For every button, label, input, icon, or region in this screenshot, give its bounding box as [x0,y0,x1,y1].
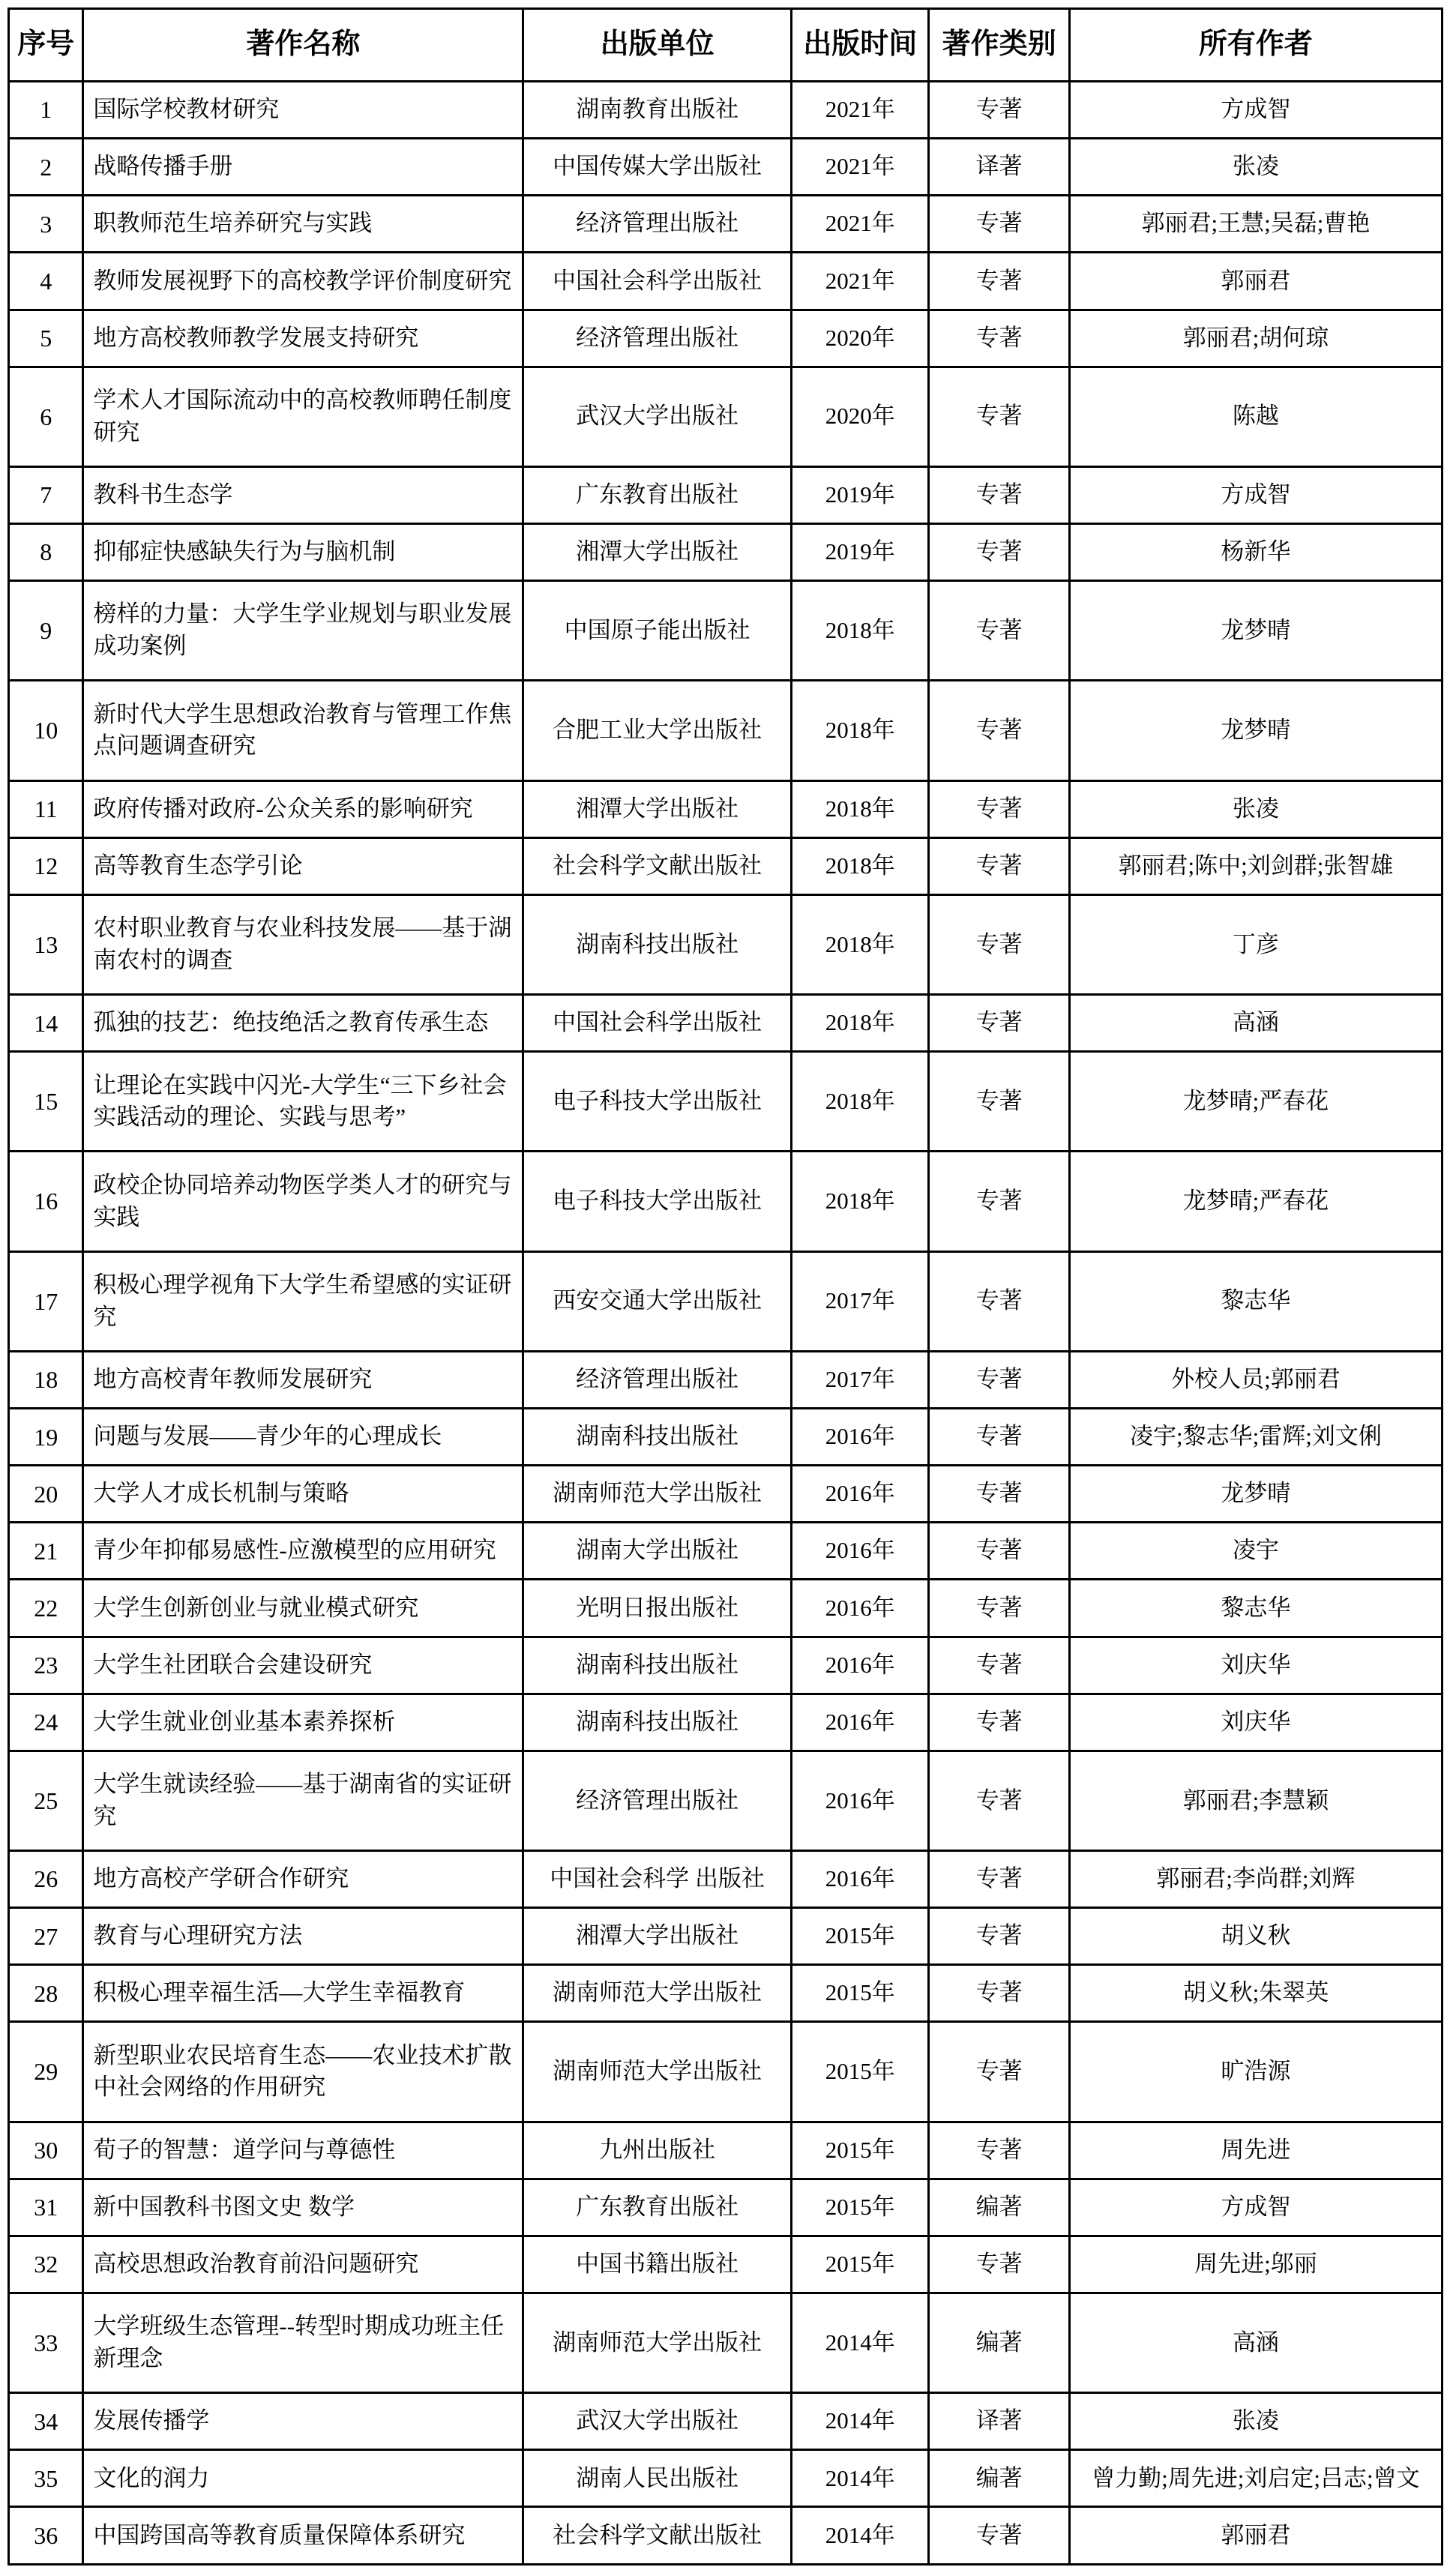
cell-publisher: 广东教育出版社 [523,2179,792,2236]
cell-publisher: 湖南大学出版社 [523,1523,792,1580]
table-row: 9 榜样的力量：大学生学业规划与职业发展成功案例 中国原子能出版社 2018年 … [9,581,1443,681]
cell-title: 中国跨国高等教育质量保障体系研究 [83,2507,523,2565]
cell-authors: 黎志华 [1069,1251,1442,1351]
cell-category: 专著 [929,1965,1069,2022]
cell-title: 抑郁症快感缺失行为与脑机制 [83,523,523,580]
cell-publisher: 经济管理出版社 [523,1751,792,1850]
cell-category: 专著 [929,1908,1069,1965]
cell-title: 政校企协同培养动物医学类人才的研究与实践 [83,1152,523,1251]
cell-category: 译著 [929,139,1069,196]
cell-authors: 外校人员;郭丽君 [1069,1351,1442,1408]
table-row: 13 农村职业教育与农业科技发展——基于湖南农村的调查 湖南科技出版社 2018… [9,894,1443,994]
cell-title: 新中国教科书图文史 数学 [83,2179,523,2236]
cell-title: 大学生社团联合会建设研究 [83,1637,523,1694]
cell-category: 专著 [929,1523,1069,1580]
cell-no: 19 [9,1409,83,1466]
cell-title: 战略传播手册 [83,139,523,196]
cell-publisher: 电子科技大学出版社 [523,1152,792,1251]
cell-authors: 郭丽君;王慧;吴磊;曹艳 [1069,196,1442,253]
table-row: 17 积极心理学视角下大学生希望感的实证研究 西安交通大学出版社 2017年 专… [9,1251,1443,1351]
cell-category: 专著 [929,1409,1069,1466]
cell-no: 14 [9,995,83,1052]
cell-authors: 丁彦 [1069,894,1442,994]
table-row: 35 文化的润力 湖南人民出版社 2014年 编著 曾力勤;周先进;刘启定;吕志… [9,2450,1443,2507]
table-row: 32 高校思想政治教育前沿问题研究 中国书籍出版社 2015年 专著 周先进;邬… [9,2236,1443,2293]
cell-authors: 高涵 [1069,2293,1442,2392]
cell-authors: 郭丽君;陈中;刘剑群;张智雄 [1069,837,1442,894]
cell-no: 10 [9,681,83,780]
table-row: 2 战略传播手册 中国传媒大学出版社 2021年 译著 张凌 [9,139,1443,196]
cell-authors: 龙梦晴 [1069,1466,1442,1523]
cell-category: 编著 [929,2450,1069,2507]
cell-category: 专著 [929,196,1069,253]
col-header-no: 序号 [9,9,83,82]
cell-year: 2015年 [791,2022,929,2122]
cell-year: 2016年 [791,1851,929,1908]
cell-year: 2020年 [791,367,929,466]
cell-authors: 高涵 [1069,995,1442,1052]
cell-title: 文化的润力 [83,2450,523,2507]
cell-no: 25 [9,1751,83,1850]
table-row: 10 新时代大学生思想政治教育与管理工作焦点问题调查研究 合肥工业大学出版社 2… [9,681,1443,780]
table-row: 27 教育与心理研究方法 湘潭大学出版社 2015年 专著 胡义秋 [9,1908,1443,1965]
table-row: 25 大学生就读经验——基于湖南省的实证研究 经济管理出版社 2016年 专著 … [9,1751,1443,1850]
table-row: 12 高等教育生态学引论 社会科学文献出版社 2018年 专著 郭丽君;陈中;刘… [9,837,1443,894]
cell-authors: 黎志华 [1069,1580,1442,1637]
cell-no: 6 [9,367,83,466]
cell-title: 大学生就读经验——基于湖南省的实证研究 [83,1751,523,1850]
cell-title: 教师发展视野下的高校教学评价制度研究 [83,253,523,310]
cell-year: 2014年 [791,2450,929,2507]
cell-publisher: 西安交通大学出版社 [523,1251,792,1351]
table-row: 14 孤独的技艺：绝技绝活之教育传承生态 中国社会科学出版社 2018年 专著 … [9,995,1443,1052]
cell-title: 学术人才国际流动中的高校教师聘任制度研究 [83,367,523,466]
cell-authors: 方成智 [1069,2179,1442,2236]
cell-publisher: 湖南科技出版社 [523,1637,792,1694]
cell-year: 2018年 [791,1152,929,1251]
cell-no: 27 [9,1908,83,1965]
cell-category: 专著 [929,82,1069,139]
cell-authors: 杨新华 [1069,523,1442,580]
cell-publisher: 经济管理出版社 [523,1351,792,1408]
cell-authors: 龙梦晴;严春花 [1069,1052,1442,1152]
cell-authors: 凌宇 [1069,1523,1442,1580]
cell-title: 大学生就业创业基本素养探析 [83,1694,523,1751]
cell-publisher: 经济管理出版社 [523,310,792,367]
table-row: 33 大学班级生态管理--转型时期成功班主任新理念 湖南师范大学出版社 2014… [9,2293,1443,2392]
cell-authors: 曾力勤;周先进;刘启定;吕志;曾文 [1069,2450,1442,2507]
cell-authors: 方成智 [1069,466,1442,523]
cell-year: 2018年 [791,581,929,681]
table-header: 序号 著作名称 出版单位 出版时间 著作类别 所有作者 [9,9,1443,82]
cell-no: 18 [9,1351,83,1408]
cell-year: 2018年 [791,837,929,894]
cell-no: 4 [9,253,83,310]
cell-title: 职教师范生培养研究与实践 [83,196,523,253]
table-row: 20 大学人才成长机制与策略 湖南师范大学出版社 2016年 专著 龙梦晴 [9,1466,1443,1523]
cell-no: 7 [9,466,83,523]
cell-authors: 郭丽君;李尚群;刘辉 [1069,1851,1442,1908]
table-row: 15 让理论在实践中闪光-大学生“三下乡社会实践活动的理论、实践与思考” 电子科… [9,1052,1443,1152]
cell-category: 专著 [929,1580,1069,1637]
cell-title: 大学班级生态管理--转型时期成功班主任新理念 [83,2293,523,2392]
cell-category: 专著 [929,310,1069,367]
cell-year: 2014年 [791,2507,929,2565]
cell-year: 2021年 [791,196,929,253]
cell-year: 2016年 [791,1694,929,1751]
cell-year: 2015年 [791,2179,929,2236]
cell-no: 24 [9,1694,83,1751]
table-row: 6 学术人才国际流动中的高校教师聘任制度研究 武汉大学出版社 2020年 专著 … [9,367,1443,466]
cell-authors: 郭丽君 [1069,2507,1442,2565]
cell-no: 34 [9,2393,83,2450]
table-row: 4 教师发展视野下的高校教学评价制度研究 中国社会科学出版社 2021年 专著 … [9,253,1443,310]
table-body: 1 国际学校教材研究 湖南教育出版社 2021年 专著 方成智 2 战略传播手册… [9,82,1443,2565]
cell-no: 33 [9,2293,83,2392]
cell-no: 17 [9,1251,83,1351]
cell-no: 3 [9,196,83,253]
cell-year: 2017年 [791,1251,929,1351]
cell-no: 22 [9,1580,83,1637]
cell-title: 新时代大学生思想政治教育与管理工作焦点问题调查研究 [83,681,523,780]
cell-authors: 胡义秋 [1069,1908,1442,1965]
cell-authors: 周先进 [1069,2122,1442,2179]
table-row: 23 大学生社团联合会建设研究 湖南科技出版社 2016年 专著 刘庆华 [9,1637,1443,1694]
cell-authors: 张凌 [1069,780,1442,837]
cell-category: 专著 [929,2507,1069,2565]
cell-category: 专著 [929,253,1069,310]
cell-authors: 郭丽君 [1069,253,1442,310]
cell-no: 29 [9,2022,83,2122]
cell-authors: 龙梦晴 [1069,681,1442,780]
col-header-category: 著作类别 [929,9,1069,82]
cell-title: 大学人才成长机制与策略 [83,1466,523,1523]
cell-publisher: 九州出版社 [523,2122,792,2179]
cell-authors: 陈越 [1069,367,1442,466]
cell-year: 2014年 [791,2393,929,2450]
table-row: 7 教科书生态学 广东教育出版社 2019年 专著 方成智 [9,466,1443,523]
cell-publisher: 湖南教育出版社 [523,82,792,139]
cell-year: 2020年 [791,310,929,367]
cell-publisher: 电子科技大学出版社 [523,1052,792,1152]
table-row: 5 地方高校教师教学发展支持研究 经济管理出版社 2020年 专著 郭丽君;胡何… [9,310,1443,367]
cell-title: 地方高校产学研合作研究 [83,1851,523,1908]
table-row: 22 大学生创新创业与就业模式研究 光明日报出版社 2016年 专著 黎志华 [9,1580,1443,1637]
cell-category: 专著 [929,995,1069,1052]
cell-publisher: 湘潭大学出版社 [523,1908,792,1965]
cell-authors: 龙梦晴;严春花 [1069,1152,1442,1251]
cell-title: 问题与发展——青少年的心理成长 [83,1409,523,1466]
table-row: 18 地方高校青年教师发展研究 经济管理出版社 2017年 专著 外校人员;郭丽… [9,1351,1443,1408]
cell-authors: 旷浩源 [1069,2022,1442,2122]
col-header-year: 出版时间 [791,9,929,82]
cell-no: 15 [9,1052,83,1152]
cell-year: 2019年 [791,523,929,580]
cell-title: 积极心理幸福生活—大学生幸福教育 [83,1965,523,2022]
cell-publisher: 湖南科技出版社 [523,894,792,994]
cell-publisher: 武汉大学出版社 [523,2393,792,2450]
cell-title: 地方高校青年教师发展研究 [83,1351,523,1408]
cell-authors: 张凌 [1069,139,1442,196]
cell-no: 21 [9,1523,83,1580]
cell-publisher: 武汉大学出版社 [523,367,792,466]
table-row: 16 政校企协同培养动物医学类人才的研究与实践 电子科技大学出版社 2018年 … [9,1152,1443,1251]
cell-year: 2015年 [791,2122,929,2179]
cell-no: 11 [9,780,83,837]
cell-category: 编著 [929,2293,1069,2392]
cell-category: 专著 [929,1351,1069,1408]
cell-authors: 张凌 [1069,2393,1442,2450]
cell-no: 5 [9,310,83,367]
cell-title: 大学生创新创业与就业模式研究 [83,1580,523,1637]
cell-category: 专著 [929,2236,1069,2293]
cell-category: 专著 [929,837,1069,894]
cell-title: 政府传播对政府-公众关系的影响研究 [83,780,523,837]
cell-publisher: 广东教育出版社 [523,466,792,523]
col-header-title: 著作名称 [83,9,523,82]
cell-year: 2017年 [791,1351,929,1408]
cell-title: 荀子的智慧：道学问与尊德性 [83,2122,523,2179]
cell-publisher: 社会科学文献出版社 [523,837,792,894]
cell-authors: 刘庆华 [1069,1694,1442,1751]
cell-no: 32 [9,2236,83,2293]
cell-title: 积极心理学视角下大学生希望感的实证研究 [83,1251,523,1351]
cell-year: 2015年 [791,1965,929,2022]
cell-year: 2018年 [791,780,929,837]
cell-category: 专著 [929,1052,1069,1152]
header-row: 序号 著作名称 出版单位 出版时间 著作类别 所有作者 [9,9,1443,82]
cell-publisher: 湖南科技出版社 [523,1694,792,1751]
cell-year: 2014年 [791,2293,929,2392]
cell-publisher: 中国书籍出版社 [523,2236,792,2293]
cell-category: 专著 [929,2022,1069,2122]
cell-authors: 郭丽君;胡何琼 [1069,310,1442,367]
cell-year: 2018年 [791,681,929,780]
cell-title: 教育与心理研究方法 [83,1908,523,1965]
cell-title: 让理论在实践中闪光-大学生“三下乡社会实践活动的理论、实践与思考” [83,1052,523,1152]
cell-title: 教科书生态学 [83,466,523,523]
cell-year: 2018年 [791,995,929,1052]
cell-category: 专著 [929,2122,1069,2179]
cell-year: 2021年 [791,139,929,196]
cell-no: 8 [9,523,83,580]
cell-no: 36 [9,2507,83,2565]
cell-year: 2016年 [791,1523,929,1580]
table-row: 11 政府传播对政府-公众关系的影响研究 湘潭大学出版社 2018年 专著 张凌 [9,780,1443,837]
cell-publisher: 光明日报出版社 [523,1580,792,1637]
cell-year: 2016年 [791,1751,929,1850]
cell-category: 专著 [929,1851,1069,1908]
cell-category: 专著 [929,1694,1069,1751]
table-row: 28 积极心理幸福生活—大学生幸福教育 湖南师范大学出版社 2015年 专著 胡… [9,1965,1443,2022]
cell-authors: 凌宇;黎志华;雷辉;刘文俐 [1069,1409,1442,1466]
cell-publisher: 社会科学文献出版社 [523,2507,792,2565]
cell-category: 专著 [929,581,1069,681]
cell-no: 35 [9,2450,83,2507]
cell-publisher: 湖南人民出版社 [523,2450,792,2507]
table-row: 24 大学生就业创业基本素养探析 湖南科技出版社 2016年 专著 刘庆华 [9,1694,1443,1751]
cell-category: 专著 [929,1251,1069,1351]
cell-no: 1 [9,82,83,139]
table-row: 1 国际学校教材研究 湖南教育出版社 2021年 专著 方成智 [9,82,1443,139]
cell-title: 农村职业教育与农业科技发展——基于湖南农村的调查 [83,894,523,994]
cell-title: 高等教育生态学引论 [83,837,523,894]
cell-title: 青少年抑郁易感性-应激模型的应用研究 [83,1523,523,1580]
cell-year: 2021年 [791,253,929,310]
cell-title: 孤独的技艺：绝技绝活之教育传承生态 [83,995,523,1052]
cell-publisher: 中国社会科学 出版社 [523,1851,792,1908]
cell-category: 专著 [929,1637,1069,1694]
cell-authors: 周先进;邬丽 [1069,2236,1442,2293]
cell-category: 专著 [929,681,1069,780]
cell-no: 16 [9,1152,83,1251]
table-row: 34 发展传播学 武汉大学出版社 2014年 译著 张凌 [9,2393,1443,2450]
cell-authors: 龙梦晴 [1069,581,1442,681]
cell-category: 专著 [929,367,1069,466]
cell-publisher: 湖南科技出版社 [523,1409,792,1466]
cell-year: 2015年 [791,2236,929,2293]
cell-publisher: 中国原子能出版社 [523,581,792,681]
cell-no: 20 [9,1466,83,1523]
cell-publisher: 湖南师范大学出版社 [523,1466,792,1523]
table-row: 31 新中国教科书图文史 数学 广东教育出版社 2015年 编著 方成智 [9,2179,1443,2236]
cell-category: 专著 [929,1466,1069,1523]
cell-year: 2016年 [791,1637,929,1694]
cell-category: 专著 [929,523,1069,580]
cell-publisher: 中国传媒大学出版社 [523,139,792,196]
cell-year: 2021年 [791,82,929,139]
cell-title: 地方高校教师教学发展支持研究 [83,310,523,367]
table-row: 26 地方高校产学研合作研究 中国社会科学 出版社 2016年 专著 郭丽君;李… [9,1851,1443,1908]
cell-year: 2015年 [791,1908,929,1965]
col-header-authors: 所有作者 [1069,9,1442,82]
table-row: 29 新型职业农民培育生态——农业技术扩散中社会网络的作用研究 湖南师范大学出版… [9,2022,1443,2122]
table-row: 19 问题与发展——青少年的心理成长 湖南科技出版社 2016年 专著 凌宇;黎… [9,1409,1443,1466]
cell-year: 2018年 [791,1052,929,1152]
cell-authors: 胡义秋;朱翠英 [1069,1965,1442,2022]
table-row: 3 职教师范生培养研究与实践 经济管理出版社 2021年 专著 郭丽君;王慧;吴… [9,196,1443,253]
cell-authors: 刘庆华 [1069,1637,1442,1694]
cell-publisher: 湖南师范大学出版社 [523,2293,792,2392]
cell-no: 13 [9,894,83,994]
cell-year: 2019年 [791,466,929,523]
cell-category: 译著 [929,2393,1069,2450]
cell-publisher: 合肥工业大学出版社 [523,681,792,780]
cell-publisher: 湘潭大学出版社 [523,523,792,580]
cell-category: 专著 [929,1152,1069,1251]
cell-publisher: 中国社会科学出版社 [523,253,792,310]
cell-publisher: 湖南师范大学出版社 [523,2022,792,2122]
cell-no: 31 [9,2179,83,2236]
cell-publisher: 经济管理出版社 [523,196,792,253]
cell-title: 新型职业农民培育生态——农业技术扩散中社会网络的作用研究 [83,2022,523,2122]
cell-category: 专著 [929,780,1069,837]
cell-title: 国际学校教材研究 [83,82,523,139]
publications-table: 序号 著作名称 出版单位 出版时间 著作类别 所有作者 1 国际学校教材研究 湖… [7,7,1443,2566]
cell-category: 专著 [929,894,1069,994]
table-row: 36 中国跨国高等教育质量保障体系研究 社会科学文献出版社 2014年 专著 郭… [9,2507,1443,2565]
cell-publisher: 湘潭大学出版社 [523,780,792,837]
cell-category: 专著 [929,466,1069,523]
cell-title: 发展传播学 [83,2393,523,2450]
cell-category: 编著 [929,2179,1069,2236]
cell-no: 12 [9,837,83,894]
table-row: 8 抑郁症快感缺失行为与脑机制 湘潭大学出版社 2019年 专著 杨新华 [9,523,1443,580]
cell-category: 专著 [929,1751,1069,1850]
cell-authors: 方成智 [1069,82,1442,139]
cell-authors: 郭丽君;李慧颖 [1069,1751,1442,1850]
cell-title: 榜样的力量：大学生学业规划与职业发展成功案例 [83,581,523,681]
cell-no: 23 [9,1637,83,1694]
cell-no: 2 [9,139,83,196]
table-row: 30 荀子的智慧：道学问与尊德性 九州出版社 2015年 专著 周先进 [9,2122,1443,2179]
cell-no: 28 [9,1965,83,2022]
cell-publisher: 湖南师范大学出版社 [523,1965,792,2022]
cell-year: 2018年 [791,894,929,994]
cell-year: 2016年 [791,1580,929,1637]
cell-no: 30 [9,2122,83,2179]
table-row: 21 青少年抑郁易感性-应激模型的应用研究 湖南大学出版社 2016年 专著 凌… [9,1523,1443,1580]
cell-no: 26 [9,1851,83,1908]
col-header-publisher: 出版单位 [523,9,792,82]
cell-year: 2016年 [791,1466,929,1523]
cell-title: 高校思想政治教育前沿问题研究 [83,2236,523,2293]
cell-year: 2016年 [791,1409,929,1466]
cell-publisher: 中国社会科学出版社 [523,995,792,1052]
cell-no: 9 [9,581,83,681]
